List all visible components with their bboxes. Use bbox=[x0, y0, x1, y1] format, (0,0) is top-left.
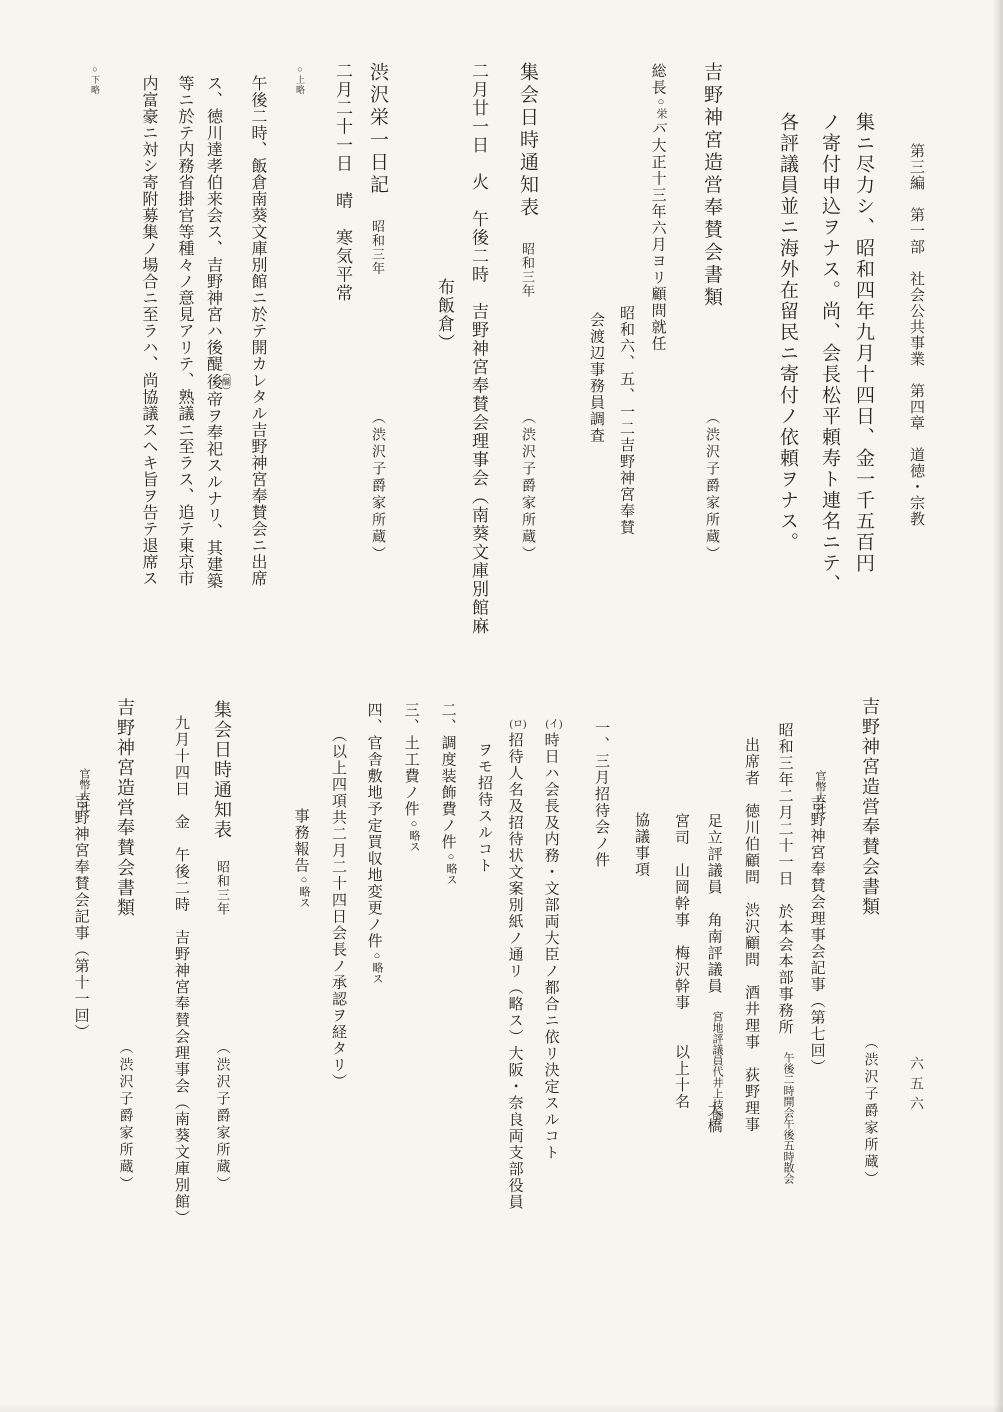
sub-label: 昭和三年 bbox=[520, 242, 535, 298]
doc-title-yoshino-shorui-2-attribution: （渋沢子爵家所蔵） bbox=[861, 1035, 880, 1188]
warichu-annotation: ○略ス bbox=[371, 950, 383, 975]
text-run: 四、官舎敷地予定買収地変更ノ件 bbox=[366, 702, 382, 950]
text-run: 三、土工費ノ件 bbox=[403, 702, 419, 818]
text-run: 二月廿一日 火 午後二時 吉野神宮奉賛会理事会（南葵文庫別館麻 bbox=[469, 62, 488, 636]
text-run: 等ニ於テ内務省掛官等種々ノ意見アリテ、熟議ニ至ラス、追テ東京市 bbox=[176, 75, 193, 587]
text-run: ノ寄付申込ヲナス。尚、会長松平頼寿ト連名ニテ、 bbox=[819, 112, 840, 595]
business-report: 事務報告○略ス bbox=[291, 808, 310, 899]
letter-line-2: ノ寄付申込ヲナス。尚、会長松平頼寿ト連名ニテ、 bbox=[818, 112, 841, 595]
page-number: 六五六 bbox=[907, 1056, 923, 1116]
doc-title-shibusawa-diary-attribution: （渋沢子爵家所蔵） bbox=[368, 410, 387, 563]
agenda-item-1-ro-continuation: ヲモ招待スルコト bbox=[474, 742, 493, 874]
schedule-sep14: 九月十四日 金 午後二時 吉野神宮奉賛会理事会（南葵文庫別館） bbox=[171, 715, 190, 1227]
text-run: 吉野神宮造営奉賛会書類 bbox=[115, 698, 135, 918]
text-run: 足立評議員 角南評議員 bbox=[706, 813, 722, 1011]
text-run: 第三編 第一部 社会公共事業 第四章 道徳・宗教 bbox=[908, 143, 924, 527]
warichu-annotation: 午後二時開会午後五時散会 bbox=[782, 1052, 794, 1126]
kiji11-heading: 官幣大社吉野神宮奉賛会記事（第十一回） bbox=[71, 768, 90, 1041]
letter-line-3: 各評議員並ニ海外在留民ニ寄付ノ依頼ヲナス。 bbox=[776, 112, 799, 553]
warichu-annotation: 官幣大社 bbox=[814, 770, 826, 795]
text-run: 招待人名及招待状文案別紙ノ通リ（略ス）大阪・奈良両支部役員 bbox=[507, 732, 523, 1211]
scanned-page: 第三編 第一部 社会公共事業 第四章 道徳・宗教集ニ尽力シ、昭和四年九月十四日、… bbox=[0, 0, 1003, 1412]
text-run: 集会日時通知表 bbox=[517, 62, 538, 220]
doc-title-yoshino-shorui-1-attribution: （渋沢子爵家所蔵） bbox=[702, 410, 721, 563]
attendees-line-1: 出席者 徳川伯顧問 渋沢顧問 酒井理事 荻野理事 bbox=[741, 737, 760, 1133]
text-run: ○上略 bbox=[295, 64, 305, 95]
text-run bbox=[517, 220, 538, 243]
diary-paragraph-1: 午後二時、飯倉南葵文庫別館ニ於テ開カレタル吉野神宮奉賛会ニ出席 bbox=[248, 75, 267, 587]
letter-line-1: 集ニ尽力シ、昭和四年九月十四日、金一千五百円 bbox=[852, 112, 875, 574]
text-run: 昭和三年二月二十一日 於本会本部事務所 bbox=[777, 722, 793, 1052]
item-marker: (ロ) bbox=[509, 718, 527, 732]
text-run: 総長 bbox=[650, 63, 666, 96]
text-run: ス、徳川達孝伯来会ス、吉野神宮ハ後醍 bbox=[205, 75, 222, 372]
sub-label: 昭和三年 bbox=[370, 220, 385, 276]
text-run: 内富豪ニ対シ寄附募集ノ場合ニ至ラハ、尚協議スヘキ旨ヲ告テ退席ス bbox=[140, 75, 157, 587]
text-run: 六五六 bbox=[908, 1056, 923, 1116]
text-run: 大橋 bbox=[706, 1085, 722, 1135]
schedule-feb21-continuation: 布飯倉） bbox=[434, 278, 455, 352]
attendees-line-3: 宮司 山岡幹事 梅沢幹事 以上十名 bbox=[671, 813, 690, 1110]
diary-paragraph-4: 内富豪ニ対シ寄附募集ノ場合ニ至ラハ、尚協議スヘキ旨ヲ告テ退席ス bbox=[139, 75, 158, 587]
schedule-feb21: 二月廿一日 火 午後二時 吉野神宮奉賛会理事会（南葵文庫別館麻 bbox=[468, 62, 489, 636]
text-run: （以上四項共二月二十四日会長ノ承認ヲ経タリ） bbox=[330, 727, 346, 1090]
item-marker: (イ) bbox=[545, 718, 563, 732]
agenda-item-4: 四、官舎敷地予定買収地変更ノ件○略ス bbox=[364, 702, 383, 975]
marker-geryaku: ○下略 bbox=[89, 64, 101, 95]
kiji7-datetime: 昭和三年二月二十一日 於本会本部事務所 午後二時開会午後五時散会 bbox=[775, 722, 794, 1126]
warichu-annotation: ○略ス bbox=[298, 874, 310, 899]
text-run: 午後二時、飯倉南葵文庫別館ニ於テ開カレタル吉野神宮奉賛会ニ出席 bbox=[249, 75, 266, 587]
doc-title-yoshino-shorui-1: 吉野神宮造営奉賛会書類（渋沢子爵家所蔵） bbox=[700, 62, 723, 310]
text-run: 集ニ尽力シ、昭和四年九月十四日、金一千五百円 bbox=[853, 112, 874, 574]
text-run: ハ大正十三年六月ヨリ顧問就任 bbox=[650, 121, 666, 352]
text-run: 昭和六、五、一二吉野神宮奉賛 bbox=[618, 305, 634, 536]
diary-paragraph-3: 等ニ於テ内務省掛官等種々ノ意見アリテ、熟議ニ至ラス、追テ東京市 bbox=[175, 75, 194, 587]
diary-date-line: 二月二十一日 晴 寒気平常 bbox=[332, 62, 353, 303]
doc-title-shukai-tsuchihyo-2-attribution: （渋沢子爵家所蔵） bbox=[213, 1040, 232, 1193]
attendees-line-2: 足立評議員 角南評議員 宮地評議員代井上技師 大橋 bbox=[704, 813, 723, 1135]
agenda-item-2: 二、調度装飾費ノ件○略ス bbox=[438, 702, 457, 876]
warichu-annotation: ○栄一 bbox=[655, 96, 667, 121]
text-run: 布飯倉） bbox=[435, 278, 454, 352]
warichu-annotation: ○略ス bbox=[408, 818, 420, 843]
text-run: 渋沢栄一日記 bbox=[367, 62, 388, 197]
text-run: 九月十四日 金 午後二時 吉野神宮奉賛会理事会（南葵文庫別館） bbox=[173, 715, 189, 1227]
text-run: 宮司 山岡幹事 梅沢幹事 以上十名 bbox=[673, 813, 689, 1110]
text-run: 集会日時通知表 bbox=[212, 700, 232, 840]
ruby-correction: 後（醐） bbox=[205, 372, 222, 391]
text-run: 二、調度装飾費ノ件 bbox=[440, 702, 456, 851]
text-run bbox=[212, 840, 232, 860]
agenda-approval-note: （以上四項共二月二十四日会長ノ承認ヲ経タリ） bbox=[328, 727, 347, 1090]
text-run bbox=[367, 197, 388, 220]
note-socho-komon: 総長○栄一ハ大正十三年六月ヨリ顧問就任 bbox=[648, 63, 667, 352]
marker-joryaku: ○上略 bbox=[294, 64, 306, 95]
warichu-annotation: 宮地評議員代井上技師 bbox=[711, 1011, 723, 1085]
text-run: 二月二十一日 晴 寒気平常 bbox=[333, 62, 352, 303]
agenda-item-1-i: (イ)時日ハ会長及内務・文部両大臣ノ都合ニ依リ決定スルコト bbox=[541, 718, 563, 1161]
text-run: 吉野神宮奉賛会記事（第十一回） bbox=[73, 793, 89, 1041]
running-head: 第三編 第一部 社会公共事業 第四章 道徳・宗教 bbox=[906, 143, 925, 527]
doc-title-yoshino-shorui-3: 吉野神宮造営奉賛会書類（渋沢子爵家所蔵） bbox=[114, 698, 136, 918]
diary-paragraph-2: ス、徳川達孝伯来会ス、吉野神宮ハ後醍後（醐）帝ヲ奉祀スルナリ、其建築 bbox=[204, 75, 232, 589]
text-run: 事務報告 bbox=[293, 808, 309, 874]
text-run: 吉野神宮奉賛会理事会記事（第七回） bbox=[809, 795, 825, 1076]
text-run: 一、三月招待会ノ件 bbox=[593, 720, 609, 869]
doc-title-shibusawa-diary: 渋沢栄一日記 昭和三年（渋沢子爵家所蔵） bbox=[366, 62, 389, 276]
doc-title-yoshino-shorui-2: 吉野神宮造営奉賛会書類（渋沢子爵家所蔵） bbox=[859, 697, 881, 917]
text-run: ○下略 bbox=[90, 64, 100, 95]
agenda-heading: 協議事項 bbox=[631, 812, 650, 878]
kiji7-heading: 官幣大社吉野神宮奉賛会理事会記事（第七回） bbox=[807, 770, 826, 1076]
doc-title-shukai-tsuchihyo-2: 集会日時通知表 昭和三年（渋沢子爵家所蔵） bbox=[211, 700, 233, 916]
doc-title-yoshino-shorui-3-attribution: （渋沢子爵家所蔵） bbox=[116, 1040, 135, 1193]
text-run: 会渡辺事務員調査 bbox=[588, 312, 604, 444]
text-run: 吉野神宮造営奉賛会書類 bbox=[701, 62, 722, 310]
text-run: ヲモ招待スルコト bbox=[476, 742, 492, 874]
doc-title-shukai-tsuchihyo-1: 集会日時通知表 昭和三年（渋沢子爵家所蔵） bbox=[516, 62, 539, 298]
text-run: 時日ハ会長及内務・文部両大臣ノ都合ニ依リ決定スルコト bbox=[543, 732, 559, 1161]
doc-title-shukai-tsuchihyo-1-attribution: （渋沢子爵家所蔵） bbox=[518, 410, 537, 563]
sub-label: 昭和三年 bbox=[215, 860, 230, 916]
text-run: 出席者 徳川伯顧問 渋沢顧問 酒井理事 荻野理事 bbox=[743, 737, 759, 1133]
agenda-item-1-ro: (ロ)招待人名及招待状文案別紙ノ通リ（略ス）大阪・奈良両支部役員 bbox=[505, 718, 527, 1211]
text-run: 吉野神宮造営奉賛会書類 bbox=[860, 697, 880, 917]
note-survey-line-2: 会渡辺事務員調査 bbox=[586, 312, 605, 444]
warichu-annotation: 官幣大社 bbox=[78, 768, 90, 793]
warichu-annotation: ○略ス bbox=[445, 851, 457, 876]
text-run: 帝ヲ奉祀スルナリ、其建築 bbox=[205, 391, 222, 589]
agenda-item-3: 三、土工費ノ件○略ス bbox=[401, 702, 420, 843]
text-run: 協議事項 bbox=[633, 812, 649, 878]
text-run: 各評議員並ニ海外在留民ニ寄付ノ依頼ヲナス。 bbox=[777, 112, 798, 553]
agenda-item-1: 一、三月招待会ノ件 bbox=[591, 720, 610, 869]
note-survey-line-1: 昭和六、五、一二吉野神宮奉賛 bbox=[616, 305, 635, 536]
